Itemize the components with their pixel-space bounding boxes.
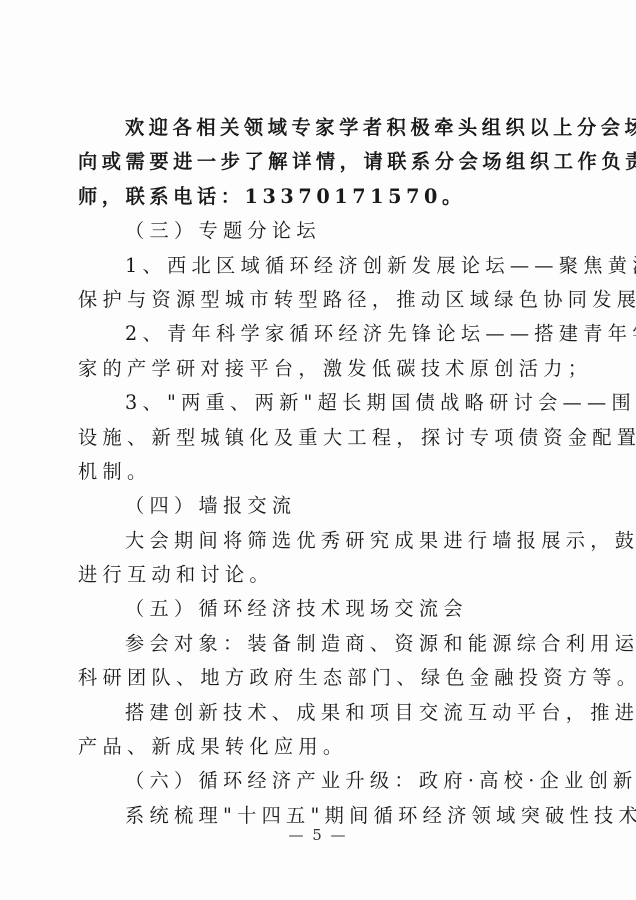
list-item-line: 机制。 <box>78 455 550 489</box>
paragraph-line: 大会期间将筛选优秀研究成果进行墙报展示，鼓励专家学者 <box>78 524 550 558</box>
page-number: — 5 — <box>0 826 636 844</box>
paragraph-line: 向或需要进一步了解详情，请联系分会场组织工作负责人申老 <box>78 145 550 179</box>
paragraph-line: 进行互动和讨论。 <box>78 558 550 592</box>
list-item-line: 设施、新型城镇化及重大工程，探讨专项债资金配置与风险管控 <box>78 421 550 455</box>
paragraph-line: 欢迎各相关领域专家学者积极牵头组织以上分会场。如有意 <box>78 111 550 145</box>
section-heading: （四）墙报交流 <box>78 489 550 523</box>
paragraph-line: 科研团队、地方政府生态部门、绿色金融投资方等。 <box>78 661 550 695</box>
paragraph-line: 搭建创新技术、成果和项目交流互动平台，推进新技术、新 <box>78 696 550 730</box>
paragraph-line: 参会对象：装备制造商、资源和能源综合利用运营商、高校 <box>78 627 550 661</box>
body-text: 欢迎各相关领域专家学者积极牵头组织以上分会场。如有意 向或需要进一步了解详情，请… <box>78 111 550 833</box>
paragraph-line: 产品、新成果转化应用。 <box>78 730 550 764</box>
document-page: 欢迎各相关领域专家学者积极牵头组织以上分会场。如有意 向或需要进一步了解详情，请… <box>0 0 636 900</box>
section-heading: （三）专题分论坛 <box>78 214 550 248</box>
section-heading: （五）循环经济技术现场交流会 <box>78 592 550 626</box>
paragraph-line: 师，联系电话：13370171570。 <box>78 180 550 214</box>
list-item-line: 1、西北区域循环经济创新发展论坛——聚焦黄河流域生态 <box>78 249 550 283</box>
list-item-line: 2、青年科学家循环经济先锋论坛——搭建青年学者与企业 <box>78 317 550 351</box>
list-item-line: 保护与资源型城市转型路径，推动区域绿色协同发展； <box>78 283 550 317</box>
list-item-line: 3、"两重、两新"超长期国债战略研讨会——围绕新型基础 <box>78 386 550 420</box>
section-heading: （六）循环经济产业升级：政府·高校·企业创新对话 <box>78 764 550 798</box>
list-item-line: 家的产学研对接平台，激发低碳技术原创活力； <box>78 352 550 386</box>
